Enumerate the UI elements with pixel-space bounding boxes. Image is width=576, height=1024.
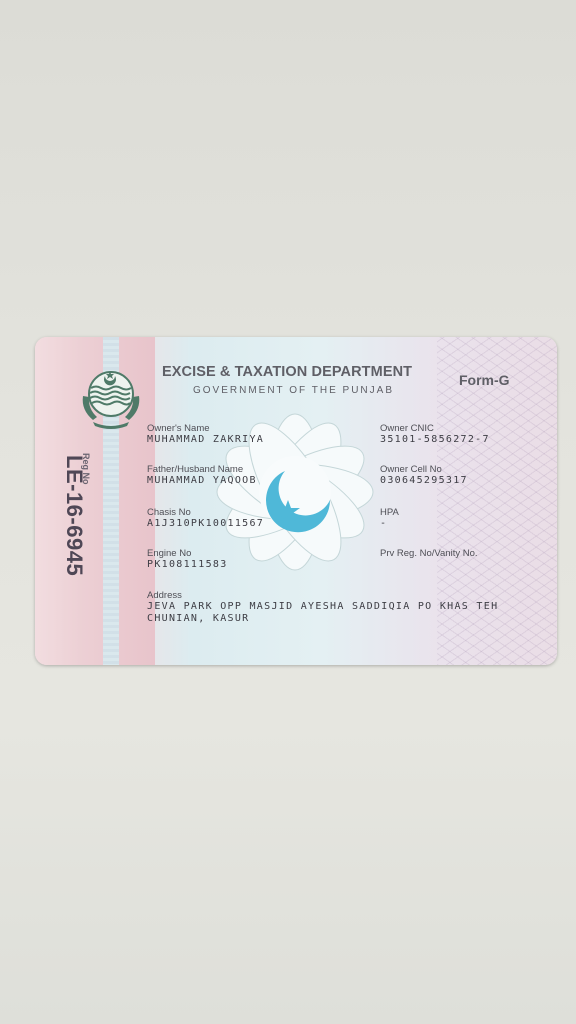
prv-reg-label: Prv Reg. No/Vanity No. bbox=[380, 548, 478, 559]
owner-cnic-label: Owner CNIC bbox=[380, 423, 490, 434]
vehicle-registration-card: Reg No LE-16-6945 EXCISE & TAXATION DEPA… bbox=[35, 337, 557, 665]
owner-name-field: Owner's Name MUHAMMAD ZAKRIYA bbox=[147, 423, 264, 446]
reg-no: LE-16-6945 bbox=[61, 455, 87, 576]
address-label: Address bbox=[147, 590, 498, 601]
flower-watermark-icon bbox=[185, 377, 405, 607]
government-subtitle: GOVERNMENT OF THE PUNJAB bbox=[193, 385, 394, 396]
father-name-field: Father/Husband Name MUHAMMAD YAQOOB bbox=[147, 464, 257, 487]
owner-cell-value: 030645295317 bbox=[380, 475, 468, 487]
owner-name-label: Owner's Name bbox=[147, 423, 264, 434]
prv-reg-field: Prv Reg. No/Vanity No. bbox=[380, 548, 478, 559]
father-name-label: Father/Husband Name bbox=[147, 464, 257, 475]
hpa-value: - bbox=[380, 518, 399, 530]
engine-no-label: Engine No bbox=[147, 548, 228, 559]
punjab-emblem-icon bbox=[75, 362, 147, 432]
chassis-no-field: Chasis No A1J310PK10011567 bbox=[147, 507, 264, 530]
chassis-no-label: Chasis No bbox=[147, 507, 264, 518]
hpa-label: HPA bbox=[380, 507, 399, 518]
hpa-field: HPA - bbox=[380, 507, 399, 530]
owner-name-value: MUHAMMAD ZAKRIYA bbox=[147, 434, 264, 446]
father-name-value: MUHAMMAD YAQOOB bbox=[147, 475, 257, 487]
address-field: Address JEVA PARK OPP MASJID AYESHA SADD… bbox=[147, 590, 498, 625]
owner-cnic-value: 35101-5856272-7 bbox=[380, 434, 490, 446]
chassis-no-value: A1J310PK10011567 bbox=[147, 518, 264, 530]
owner-cnic-field: Owner CNIC 35101-5856272-7 bbox=[380, 423, 490, 446]
owner-cell-label: Owner Cell No bbox=[380, 464, 468, 475]
engine-no-field: Engine No PK108111583 bbox=[147, 548, 228, 571]
address-line-1: JEVA PARK OPP MASJID AYESHA SADDIQIA PO … bbox=[147, 601, 498, 613]
department-title: EXCISE & TAXATION DEPARTMENT bbox=[162, 364, 412, 380]
address-line-2: CHUNIAN, KASUR bbox=[147, 613, 498, 625]
engine-no-value: PK108111583 bbox=[147, 559, 228, 571]
form-type: Form-G bbox=[459, 372, 510, 388]
owner-cell-field: Owner Cell No 030645295317 bbox=[380, 464, 468, 487]
